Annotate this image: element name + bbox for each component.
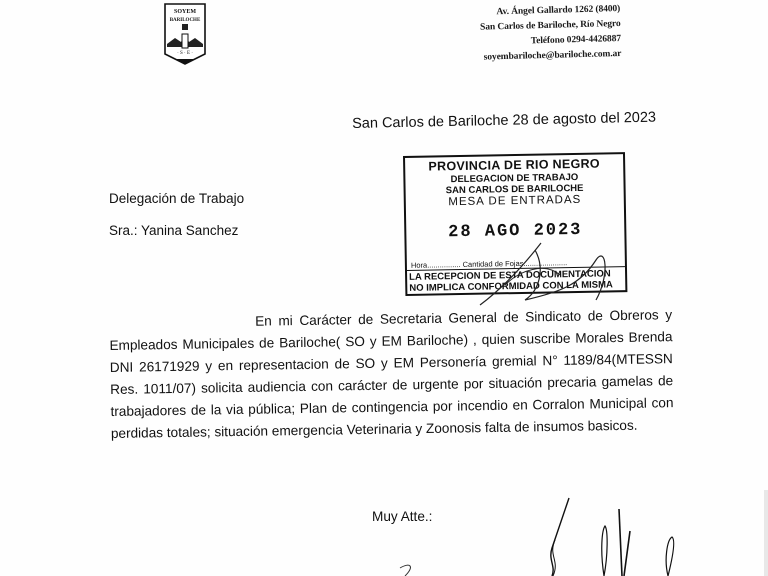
handwritten-signatures: [0, 0, 768, 576]
recipient-person: Sra.: Yanina Sanchez: [109, 223, 238, 238]
scan-edge: [764, 490, 768, 576]
letter-body: En mi Carácter de Secretaria General de …: [109, 304, 674, 445]
letterhead-contact: Av. Ángel Gallardo 1262 (8400) San Carlo…: [452, 2, 622, 66]
letter-date: San Carlos de Bariloche 28 de agosto del…: [352, 110, 656, 132]
reception-stamp: PROVINCIA DE RIO NEGRO DELEGACION DE TRA…: [403, 152, 627, 296]
letterhead-email: soyembariloche@bariloche.com.ar: [453, 47, 621, 66]
svg-text:SOYEM: SOYEM: [174, 9, 196, 15]
svg-text:BARILOCHE: BARILOCHE: [170, 18, 201, 23]
recipient-office: Delegación de Trabajo: [109, 191, 244, 206]
stamp-date: 28 AGO 2023: [406, 220, 624, 243]
soyem-logo: SOYEM BARILOCHE · S · E ·: [163, 2, 207, 66]
shield-emblem-icon: SOYEM BARILOCHE · S · E ·: [163, 2, 207, 66]
document-page: SOYEM BARILOCHE · S · E · Av. Ángel Gall…: [0, 0, 768, 576]
stamp-office: MESA DE ENTRADAS: [406, 193, 624, 209]
svg-text:· S · E ·: · S · E ·: [177, 51, 193, 56]
signature-icon: [0, 0, 768, 576]
closing-salutation: Muy Atte.:: [372, 509, 432, 524]
